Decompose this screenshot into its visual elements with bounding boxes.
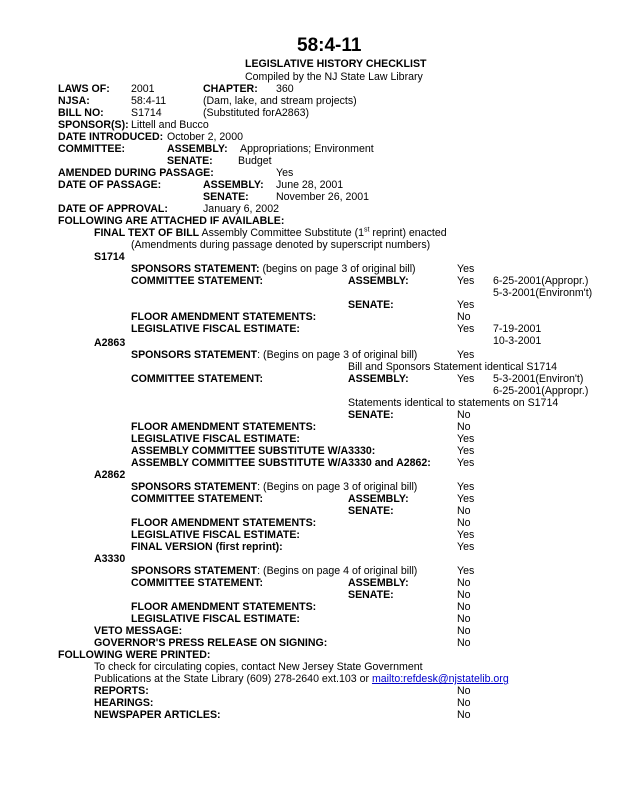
s1714-assembly-label: ASSEMBLY: xyxy=(348,275,409,287)
press-release-value: No xyxy=(457,637,471,649)
s1714-fiscal-date-2: 10-3-2001 xyxy=(493,335,541,347)
date-of-approval-label: DATE OF APPROVAL: xyxy=(58,203,168,215)
njsa-value: 58:4-11 xyxy=(131,95,166,107)
a2862-assembly-value: Yes xyxy=(457,493,474,505)
bill-no-note: (Substituted forA2863) xyxy=(203,107,309,119)
final-text-value: Assembly Committee Substitute (1st repri… xyxy=(202,227,447,239)
bill-no-value: S1714 xyxy=(131,107,162,119)
a2862-sponsors-label: SPONSORS STATEMENT xyxy=(131,481,257,493)
s1714-senate-label: SENATE: xyxy=(348,299,394,311)
a3330-committee-label: COMMITTEE STATEMENT: xyxy=(131,577,263,589)
a2863-assembly-value: Yes xyxy=(457,373,474,385)
s1714-sponsors-row: SPONSORS STATEMENT: (begins on page 3 of… xyxy=(131,263,416,275)
a2862-senate-label: SENATE: xyxy=(348,505,394,517)
a3330-fiscal-value: No xyxy=(457,613,471,625)
date-of-approval-value: January 6, 2002 xyxy=(203,203,279,215)
s1714-sponsors-value: Yes xyxy=(457,263,474,275)
veto-value: No xyxy=(457,625,471,637)
a2863-assembly-date-2: 6-25-2001(Appropr.) xyxy=(493,385,588,397)
a2862-committee-label: COMMITTEE STATEMENT: xyxy=(131,493,263,505)
a2862-heading: A2862 xyxy=(94,469,125,481)
veto-label: VETO MESSAGE: xyxy=(94,625,182,637)
a2862-final-value: Yes xyxy=(457,541,474,553)
hearings-label: HEARINGS: xyxy=(94,697,153,709)
a3330-heading: A3330 xyxy=(94,553,125,565)
a3330-senate-value: No xyxy=(457,589,471,601)
sponsors-value: Littell and Bucco xyxy=(131,119,209,131)
compiled-by: Compiled by the NJ State Law Library xyxy=(245,71,423,83)
a2863-floor-label: FLOOR AMENDMENT STATEMENTS: xyxy=(131,421,316,433)
a2863-heading: A2863 xyxy=(94,337,125,349)
amended-value: Yes xyxy=(276,167,293,179)
printed-line-1: To check for circulating copies, contact… xyxy=(94,661,423,673)
s1714-assembly-date-2: 5-3-2001(Environm't) xyxy=(493,287,592,299)
a2863-assembly-date-1: 5-3-2001(Environ't) xyxy=(493,373,583,385)
s1714-floor-value: No xyxy=(457,311,471,323)
hearings-value: No xyxy=(457,697,471,709)
a2863-sponsors-row: SPONSORS STATEMENT: (Begins on page 3 of… xyxy=(131,349,417,361)
a2862-final-label: FINAL VERSION (first reprint): xyxy=(131,541,283,553)
final-text-label: FINAL TEXT OF BILL xyxy=(94,227,199,239)
s1714-sponsors-label: SPONSORS STATEMENT: xyxy=(131,263,260,275)
a3330-floor-label: FLOOR AMENDMENT STATEMENTS: xyxy=(131,601,316,613)
a2863-senate-value: No xyxy=(457,409,471,421)
a3330-sponsors-note: : (Begins on page 4 of original bill) xyxy=(257,565,417,577)
passage-senate-label: SENATE: xyxy=(203,191,249,203)
a2862-fiscal-label: LEGISLATIVE FISCAL ESTIMATE: xyxy=(131,529,300,541)
reports-value: No xyxy=(457,685,471,697)
committee-assembly-label: ASSEMBLY: xyxy=(167,143,228,155)
final-text-value-pre: Assembly Committee Substitute (1 xyxy=(202,227,365,239)
a2862-senate-value: No xyxy=(457,505,471,517)
final-text-value-post: reprint) enacted xyxy=(369,227,446,239)
a2863-sponsors-note: : (Begins on page 3 of original bill) xyxy=(257,349,417,361)
a3330-fiscal-label: LEGISLATIVE FISCAL ESTIMATE: xyxy=(131,613,300,625)
committee-assembly-value: Appropriations; Environment xyxy=(240,143,374,155)
newspaper-label: NEWSPAPER ARTICLES: xyxy=(94,709,221,721)
a3330-assembly-value: No xyxy=(457,577,471,589)
printed-heading: FOLLOWING WERE PRINTED: xyxy=(58,649,210,661)
s1714-heading: S1714 xyxy=(94,251,125,263)
a2862-assembly-label: ASSEMBLY: xyxy=(348,493,409,505)
a3330-sponsors-value: Yes xyxy=(457,565,474,577)
njsa-label: NJSA: xyxy=(58,95,90,107)
final-text-row: FINAL TEXT OF BILL Assembly Committee Su… xyxy=(94,227,447,239)
a2862-sponsors-row: SPONSORS STATEMENT: (Begins on page 3 of… xyxy=(131,481,417,493)
a3330-floor-value: No xyxy=(457,601,471,613)
a2862-sponsors-value: Yes xyxy=(457,481,474,493)
a2863-acs2-label: ASSEMBLY COMMITTEE SUBSTITUTE W/A3330 an… xyxy=(131,457,431,469)
a2863-statements-note: Statements identical to statements on S1… xyxy=(348,397,558,409)
a2863-assembly-label: ASSEMBLY: xyxy=(348,373,409,385)
passage-assembly-value: June 28, 2001 xyxy=(276,179,343,191)
a2863-acs2-value: Yes xyxy=(457,457,474,469)
press-release-label: GOVERNOR'S PRESS RELEASE ON SIGNING: xyxy=(94,637,327,649)
date-introduced-label: DATE INTRODUCED: xyxy=(58,131,163,143)
printed-line-2-text: Publications at the State Library (609) … xyxy=(94,673,372,685)
s1714-committee-label: COMMITTEE STATEMENT: xyxy=(131,275,263,287)
attached-heading: FOLLOWING ARE ATTACHED IF AVAILABLE: xyxy=(58,215,284,227)
s1714-assembly-value: Yes xyxy=(457,275,474,287)
a2863-acs1-value: Yes xyxy=(457,445,474,457)
s1714-fiscal-date-1: 7-19-2001 xyxy=(493,323,541,335)
bill-no-label: BILL NO: xyxy=(58,107,104,119)
page-subtitle: LEGISLATIVE HISTORY CHECKLIST xyxy=(245,58,426,70)
a2863-acs1-label: ASSEMBLY COMMITTEE SUBSTITUTE W/A3330: xyxy=(131,445,375,457)
njsa-description: (Dam, lake, and stream projects) xyxy=(203,95,357,107)
a2863-senate-label: SENATE: xyxy=(348,409,394,421)
a2863-sponsors-label: SPONSORS STATEMENT xyxy=(131,349,257,361)
chapter-value: 360 xyxy=(276,83,294,95)
s1714-fiscal-value: Yes xyxy=(457,323,474,335)
committee-senate-value: Budget xyxy=(238,155,272,167)
a2862-sponsors-note: : (Begins on page 3 of original bill) xyxy=(257,481,417,493)
a2862-fiscal-value: Yes xyxy=(457,529,474,541)
s1714-sponsors-note: (begins on page 3 of original bill) xyxy=(260,263,416,275)
amended-label: AMENDED DURING PASSAGE: xyxy=(58,167,214,179)
newspaper-value: No xyxy=(457,709,471,721)
a2863-identical-note: Bill and Sponsors Statement identical S1… xyxy=(348,361,557,373)
passage-assembly-label: ASSEMBLY: xyxy=(203,179,264,191)
sponsors-label: SPONSOR(S): xyxy=(58,119,129,131)
a2863-sponsors-value: Yes xyxy=(457,349,474,361)
date-introduced-value: October 2, 2000 xyxy=(167,131,243,143)
a2863-committee-label: COMMITTEE STATEMENT: xyxy=(131,373,263,385)
reports-label: REPORTS: xyxy=(94,685,149,697)
committee-senate-label: SENATE: xyxy=(167,155,213,167)
a3330-assembly-label: ASSEMBLY: xyxy=(348,577,409,589)
passage-senate-value: November 26, 2001 xyxy=(276,191,369,203)
email-link[interactable]: mailto:refdesk@njstatelib.org xyxy=(372,673,509,685)
s1714-fiscal-label: LEGISLATIVE FISCAL ESTIMATE: xyxy=(131,323,300,335)
page-title: 58:4-11 xyxy=(297,36,361,56)
a3330-sponsors-label: SPONSORS STATEMENT xyxy=(131,565,257,577)
a3330-sponsors-row: SPONSORS STATEMENT: (Begins on page 4 of… xyxy=(131,565,417,577)
s1714-floor-label: FLOOR AMENDMENT STATEMENTS: xyxy=(131,311,316,323)
a2862-floor-label: FLOOR AMENDMENT STATEMENTS: xyxy=(131,517,316,529)
a2863-fiscal-label: LEGISLATIVE FISCAL ESTIMATE: xyxy=(131,433,300,445)
laws-of-label: LAWS OF: xyxy=(58,83,110,95)
laws-of-value: 2001 xyxy=(131,83,155,95)
a2863-fiscal-value: Yes xyxy=(457,433,474,445)
date-of-passage-label: DATE OF PASSAGE: xyxy=(58,179,161,191)
s1714-senate-value: Yes xyxy=(457,299,474,311)
final-text-note: (Amendments during passage denoted by su… xyxy=(131,239,430,251)
a2863-floor-value: No xyxy=(457,421,471,433)
s1714-assembly-date-1: 6-25-2001(Appropr.) xyxy=(493,275,588,287)
printed-line-2: Publications at the State Library (609) … xyxy=(94,673,509,685)
committee-label: COMMITTEE: xyxy=(58,143,125,155)
chapter-label: CHAPTER: xyxy=(203,83,258,95)
a3330-senate-label: SENATE: xyxy=(348,589,394,601)
a2862-floor-value: No xyxy=(457,517,471,529)
